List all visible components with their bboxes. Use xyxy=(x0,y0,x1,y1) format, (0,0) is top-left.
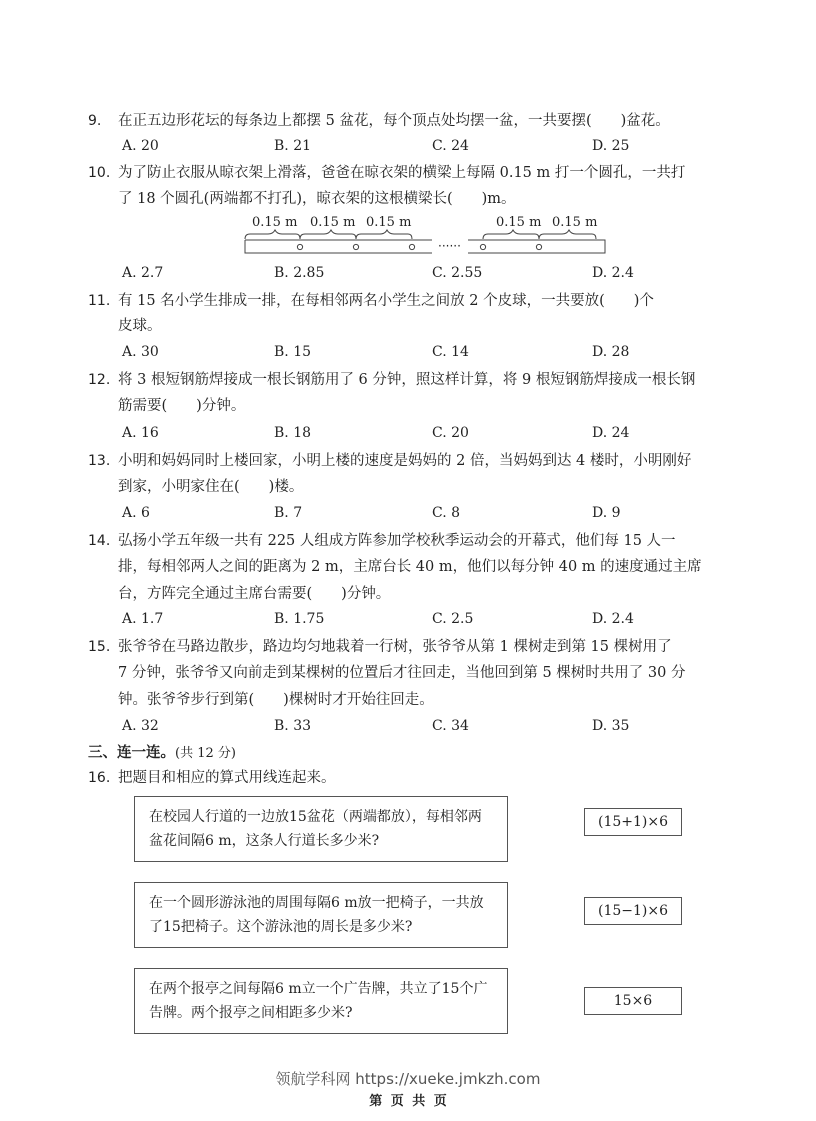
option-b: B. 33 xyxy=(274,716,311,736)
ellipsis: ······ xyxy=(438,239,461,253)
option-d: D. 24 xyxy=(592,423,629,443)
option-c: C. 8 xyxy=(432,503,460,523)
question-text: 把题目和相应的算式用线连起来。 xyxy=(118,768,336,788)
segment-label: 0.15 m xyxy=(252,215,297,230)
segment-label: 0.15 m xyxy=(366,215,411,230)
option-d: D. 25 xyxy=(592,136,629,156)
option-b: B. 2.85 xyxy=(274,263,324,283)
question-text: 筋需要( )分钟。 xyxy=(118,396,245,416)
option-a: A. 1.7 xyxy=(122,609,163,629)
option-b: B. 15 xyxy=(274,342,311,362)
option-b: B. 7 xyxy=(274,503,302,523)
question-text: 小明和妈妈同时上楼回家，小明上楼的速度是妈妈的 2 倍，当妈妈到达 4 楼时，小… xyxy=(118,451,691,471)
section-title: 三、连一连。 xyxy=(88,745,175,761)
problem-box-1[interactable]: 在校园人行道的一边放15盆花（两端都放），每相邻两盆花间隔6 m，这条人行道长多… xyxy=(134,796,508,862)
option-a: A. 30 xyxy=(122,342,159,362)
question-number: 11. xyxy=(88,291,110,311)
formula-box-1[interactable]: (15+1)×6 xyxy=(584,808,682,836)
beam-holes-figure: 0.15 m 0.15 m 0.15 m 0.15 m 0.15 m ·····… xyxy=(240,212,610,260)
option-d: D. 2.4 xyxy=(592,263,634,283)
option-c: C. 20 xyxy=(432,423,469,443)
problem-box-2[interactable]: 在一个圆形游泳池的周围每隔6 m放一把椅子，一共放了15把椅子。这个游泳池的周长… xyxy=(134,882,508,948)
segment-label: 0.15 m xyxy=(496,215,541,230)
option-c: C. 2.5 xyxy=(432,609,473,629)
question-number: 13. xyxy=(88,451,110,471)
option-a: A. 6 xyxy=(122,503,150,523)
option-b: B. 18 xyxy=(274,423,311,443)
formula-text: 15×6 xyxy=(614,993,652,1009)
option-a: A. 32 xyxy=(122,716,159,736)
formula-box-3[interactable]: 15×6 xyxy=(584,987,682,1015)
question-text: 排，每相邻两人之间的距离为 2 m，主席台长 40 m，他们以每分钟 40 m … xyxy=(118,557,702,577)
question-number: 10. xyxy=(88,163,110,183)
question-text: 了 18 个圆孔(两端都不打孔)，晾衣架的这根横梁长( )m。 xyxy=(118,189,516,209)
option-c: C. 34 xyxy=(432,716,469,736)
problem-text: 在校园人行道的一边放15盆花（两端都放），每相邻两盆花间隔6 m，这条人行道长多… xyxy=(149,809,482,849)
problem-text: 在两个报亭之间每隔6 m立一个广告牌，共立了15个广告牌。两个报亭之间相距多少米… xyxy=(149,981,487,1021)
problem-box-3[interactable]: 在两个报亭之间每隔6 m立一个广告牌，共立了15个广告牌。两个报亭之间相距多少米… xyxy=(134,968,508,1034)
question-number: 12. xyxy=(88,370,110,390)
watermark: 领航学科网 https://xueke.jmkzh.com xyxy=(0,1068,816,1089)
question-text: 将 3 根短钢筋焊接成一根长钢筋用了 6 分钟，照这样计算，将 9 根短钢筋焊接… xyxy=(118,370,695,390)
option-d: D. 35 xyxy=(592,716,629,736)
option-b: B. 21 xyxy=(274,136,311,156)
option-c: C. 2.55 xyxy=(432,263,482,283)
question-number: 9. xyxy=(88,111,101,131)
formula-box-2[interactable]: (15−1)×6 xyxy=(584,897,682,925)
question-text: 为了防止衣服从晾衣架上滑落，爸爸在晾衣架的横梁上每隔 0.15 m 打一个圆孔，… xyxy=(118,163,685,183)
drying-rack-diagram: 0.15 m 0.15 m 0.15 m 0.15 m 0.15 m ·····… xyxy=(240,212,610,260)
question-number: 14. xyxy=(88,531,110,551)
question-text: 到家，小明家住在( )楼。 xyxy=(118,477,303,497)
page-indicator: 第 页 共 页 xyxy=(0,1090,816,1109)
option-c: C. 24 xyxy=(432,136,469,156)
question-text: 有 15 名小学生排成一排，在每相邻两名小学生之间放 2 个皮球，一共要放( )… xyxy=(118,291,654,311)
formula-text: (15+1)×6 xyxy=(598,814,668,830)
formula-text: (15−1)×6 xyxy=(598,903,668,919)
question-number: 16. xyxy=(88,768,110,788)
segment-label: 0.15 m xyxy=(310,215,355,230)
option-d: D. 2.4 xyxy=(592,609,634,629)
question-number: 15. xyxy=(88,637,110,657)
question-text: 钟。张爷爷步行到第( )棵树时才开始往回走。 xyxy=(118,690,434,710)
option-d: D. 28 xyxy=(592,342,629,362)
problem-text: 在一个圆形游泳池的周围每隔6 m放一把椅子，一共放了15把椅子。这个游泳池的周长… xyxy=(149,895,484,935)
question-text: 皮球。 xyxy=(118,316,162,336)
question-text: 张爷爷在马路边散步，路边均匀地栽着一行树，张爷爷从第 1 棵树走到第 15 棵树… xyxy=(118,637,672,657)
option-b: B. 1.75 xyxy=(274,609,324,629)
question-text: 台，方阵完全通过主席台需要( )分钟。 xyxy=(118,584,390,604)
option-a: A. 16 xyxy=(122,423,159,443)
option-c: C. 14 xyxy=(432,342,469,362)
section-score: (共 12 分) xyxy=(175,746,236,761)
segment-label: 0.15 m xyxy=(552,215,597,230)
question-text: 7 分钟，张爷爷又向前走到某棵树的位置后才往回走，当他回到第 5 棵树时共用了 … xyxy=(118,663,685,683)
question-text: 弘扬小学五年级一共有 225 人组成方阵参加学校秋季运动会的开幕式，他们每 15… xyxy=(118,531,676,551)
option-a: A. 2.7 xyxy=(122,263,163,283)
option-d: D. 9 xyxy=(592,503,621,523)
option-a: A. 20 xyxy=(122,136,159,156)
question-text: 在正五边形花坛的每条边上都摆 5 盆花，每个顶点处均摆一盆，一共要摆( )盆花。 xyxy=(118,111,670,131)
